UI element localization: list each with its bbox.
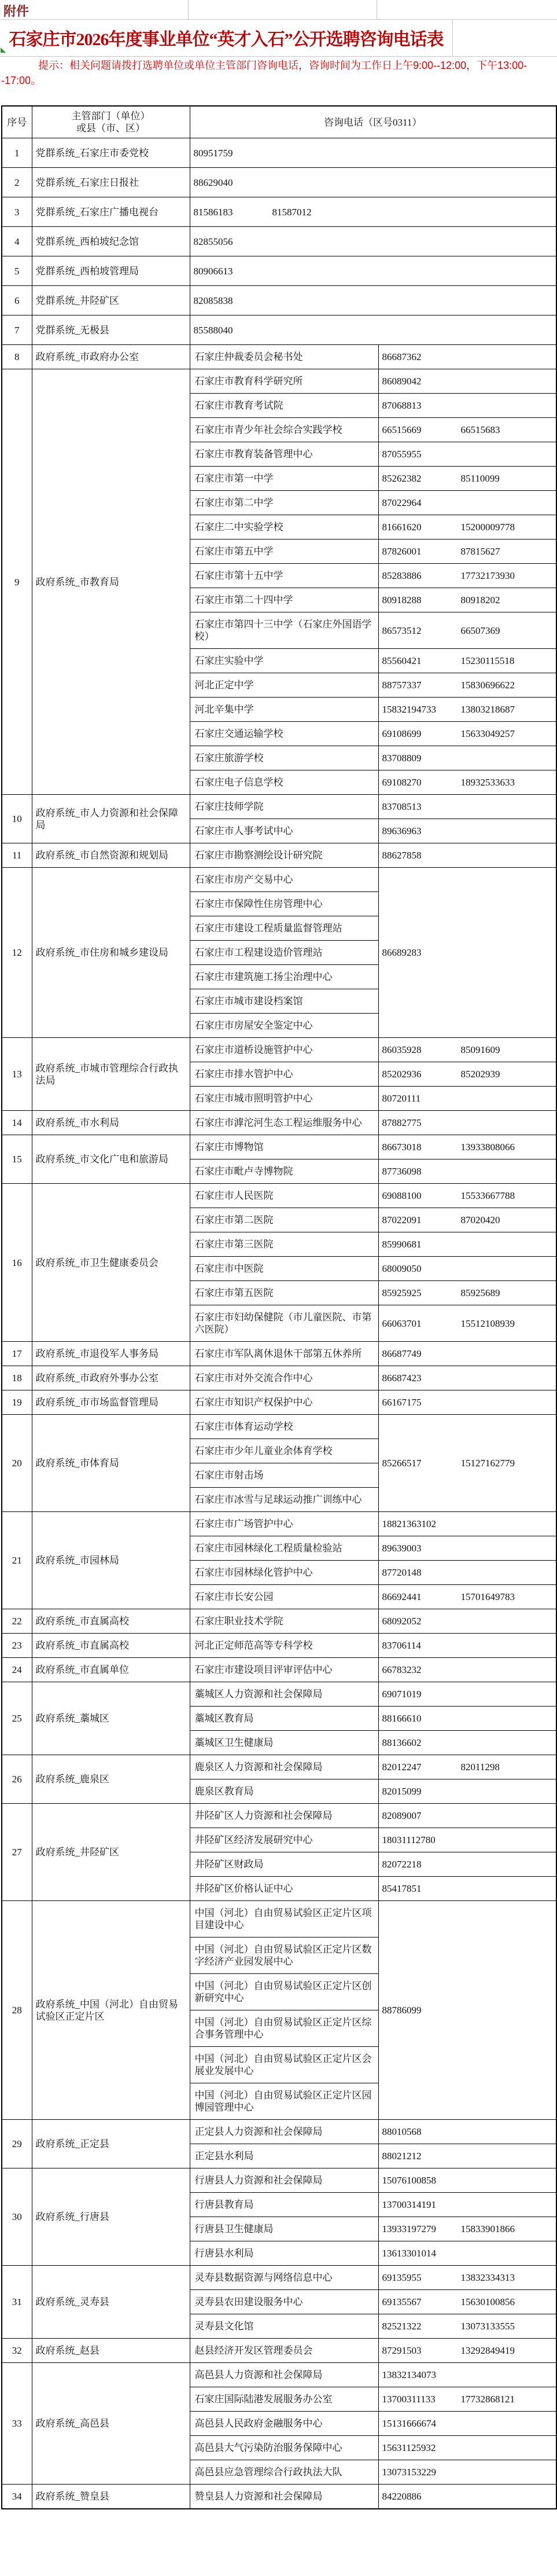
unit-cell: 石家庄市广场管护中心 bbox=[190, 1512, 378, 1536]
phone-cell: 87882775 bbox=[378, 1111, 556, 1135]
unit-cell: 石家庄市房产交易中心 bbox=[190, 868, 378, 892]
table-row: 20政府系统_市体育局石家庄市体育运动学校8526651715127162779 bbox=[2, 1415, 556, 1439]
phone-cell: 80906613 bbox=[190, 256, 556, 286]
phone-number: 87020420 bbox=[461, 1214, 540, 1226]
phone-number: 85560421 bbox=[382, 655, 461, 667]
unit-cell: 石家庄市教育装备管理中心 bbox=[190, 442, 378, 467]
phone-cell: 87736098 bbox=[378, 1159, 556, 1184]
phone-number: 15631125932 bbox=[382, 2442, 461, 2454]
table-row: 24政府系统_市直属单位石家庄市建设项目评审评估中心66783232 bbox=[2, 1658, 556, 1682]
unit-cell: 石家庄市勘察测绘设计研究院 bbox=[190, 843, 378, 868]
unit-cell: 高邑县大气污染防治服务保障中心 bbox=[190, 2436, 378, 2460]
phone-number: 83706114 bbox=[382, 1639, 461, 1652]
row-no-cell: 10 bbox=[2, 795, 32, 843]
phone-number: 15630100856 bbox=[461, 2296, 540, 2308]
row-no-cell: 20 bbox=[2, 1415, 32, 1512]
phone-number: 80951759 bbox=[194, 147, 272, 159]
row-no-cell: 30 bbox=[2, 2168, 32, 2266]
unit-cell: 石家庄市城市照明管护中心 bbox=[190, 1087, 378, 1111]
phone-number: 15533667788 bbox=[461, 1190, 540, 1202]
phone-number: 66507369 bbox=[461, 625, 540, 637]
document-header: 附件 石家庄市2026年度事业单位“英才入石”公开选聘咨询电话表 提示：相关问题… bbox=[0, 0, 557, 105]
phone-cell: 88136602 bbox=[378, 1731, 556, 1755]
phone-cell: 86687749 bbox=[378, 1342, 556, 1366]
phone-number: 88757337 bbox=[382, 679, 461, 691]
phone-number: 82012247 bbox=[382, 1761, 461, 1773]
phone-number: 85283886 bbox=[382, 570, 461, 582]
phone-number: 13933808066 bbox=[461, 1141, 540, 1153]
phone-number: 69135567 bbox=[382, 2296, 461, 2308]
unit-cell: 石家庄市第十五中学 bbox=[190, 564, 378, 588]
phone-cell: 8158618381587012 bbox=[190, 197, 556, 227]
phone-cell: 88166610 bbox=[378, 1707, 556, 1731]
unit-cell: 赞皇县人力资源和社会保障局 bbox=[190, 2485, 378, 2509]
phone-number: 13700314191 bbox=[382, 2199, 461, 2211]
phone-number: 87882775 bbox=[382, 1117, 461, 1129]
phone-cell: 18031112780 bbox=[378, 1828, 556, 1852]
phone-number: 13073153229 bbox=[382, 2466, 461, 2478]
phone-number: 13700311133 bbox=[382, 2393, 461, 2405]
phone-number: 82011298 bbox=[461, 1761, 540, 1773]
phone-number: 82521322 bbox=[382, 2320, 461, 2332]
row-no-cell: 6 bbox=[2, 286, 32, 315]
unit-cell: 石家庄市知识产权保护中心 bbox=[190, 1390, 378, 1415]
phone-cell: 84220886 bbox=[378, 2485, 556, 2509]
table-row: 28政府系统_中国（河北）自由贸易试验区正定片区中国（河北）自由贸易试验区正定片… bbox=[2, 1901, 556, 1937]
phone-number: 13803218687 bbox=[461, 703, 540, 715]
unit-cell: 石家庄市中医院 bbox=[190, 1257, 378, 1281]
row-no-cell: 33 bbox=[2, 2363, 32, 2485]
phone-cell: 66783232 bbox=[378, 1658, 556, 1682]
unit-cell: 中国（河北）自由贸易试验区正定片区综合事务管理中心 bbox=[190, 2010, 378, 2047]
phone-number: 86692441 bbox=[382, 1591, 461, 1603]
unit-cell: 中国（河北）自由贸易试验区正定片区会展业发展中心 bbox=[190, 2047, 378, 2083]
phone-number: 13613301014 bbox=[382, 2247, 461, 2259]
phone-number: 15131666674 bbox=[382, 2417, 461, 2430]
phone-number: 15512108939 bbox=[461, 1318, 540, 1330]
table-row: 10政府系统_市人力资源和社会保障局石家庄技师学院83708513 bbox=[2, 795, 556, 819]
dept-cell: 政府系统_市政府外事办公室 bbox=[32, 1366, 190, 1390]
table-row: 4党群系统_西柏坡纪念馆82855056 bbox=[2, 227, 556, 256]
table-row: 32政府系统_赵县赵县经济开发区管理委员会8729150313292849419 bbox=[2, 2339, 556, 2363]
phone-number: 89639003 bbox=[382, 1542, 461, 1554]
phone-number: 66515683 bbox=[461, 424, 540, 436]
row-no-cell: 32 bbox=[2, 2339, 32, 2363]
phone-number: 81661620 bbox=[382, 521, 461, 533]
phone-number: 18031112780 bbox=[382, 1834, 461, 1846]
dept-cell: 政府系统_市直属高校 bbox=[32, 1634, 190, 1658]
table-row: 8政府系统_市政府办公室石家庄仲裁委员会秘书处86687362 bbox=[2, 345, 556, 369]
phone-cell: 83708513 bbox=[378, 795, 556, 819]
phone-number: 83708809 bbox=[382, 752, 461, 764]
page-title: 石家庄市2026年度事业单位“英才入石”公开选聘咨询电话表 bbox=[9, 25, 444, 50]
phone-cell: 8702209187020420 bbox=[378, 1208, 556, 1232]
phone-cell: 8252132213073133555 bbox=[378, 2314, 556, 2339]
phone-number: 85266517 bbox=[382, 1457, 461, 1469]
row-no-cell: 23 bbox=[2, 1634, 32, 1658]
dept-cell: 政府系统_市园林局 bbox=[32, 1512, 190, 1609]
dept-cell: 政府系统_赵县 bbox=[32, 2339, 190, 2363]
phone-number: 85925925 bbox=[382, 1287, 461, 1299]
table-row: 30政府系统_行唐县行唐县人力资源和社会保障局15076100858 bbox=[2, 2168, 556, 2193]
phone-number: 80918288 bbox=[382, 594, 461, 606]
row-no-cell: 15 bbox=[2, 1135, 32, 1184]
row-no-cell: 2 bbox=[2, 168, 32, 197]
row-no-cell: 8 bbox=[2, 345, 32, 369]
unit-cell: 正定县人力资源和社会保障局 bbox=[190, 2120, 378, 2144]
unit-cell: 石家庄仲裁委员会秘书处 bbox=[190, 345, 378, 369]
phone-cell: 88629040 bbox=[190, 168, 556, 197]
phone-cell: 87720148 bbox=[378, 1561, 556, 1585]
phone-cell: 83706114 bbox=[378, 1634, 556, 1658]
unit-cell: 河北辛集中学 bbox=[190, 698, 378, 722]
phone-cell: 1583219473313803218687 bbox=[378, 698, 556, 722]
row-no-cell: 4 bbox=[2, 227, 32, 256]
phone-number: 86687423 bbox=[382, 1372, 461, 1384]
phone-cell: 8729150313292849419 bbox=[378, 2339, 556, 2363]
phone-number: 85588040 bbox=[194, 324, 272, 336]
unit-cell: 石家庄市城市建设档案馆 bbox=[190, 989, 378, 1014]
row-no-cell: 22 bbox=[2, 1609, 32, 1634]
dept-cell: 政府系统_市政府办公室 bbox=[32, 345, 190, 369]
row-no-cell: 9 bbox=[2, 369, 32, 795]
dept-cell: 党群系统_石家庄市委党校 bbox=[32, 138, 190, 168]
row-no-cell: 11 bbox=[2, 843, 32, 868]
row-no-cell: 13 bbox=[2, 1038, 32, 1111]
phone-cell: 83708809 bbox=[378, 746, 556, 770]
row-no-cell: 29 bbox=[2, 2120, 32, 2168]
unit-cell: 中国（河北）自由贸易试验区正定片区数字经济产业园发展中心 bbox=[190, 1937, 378, 1974]
unit-cell: 井陉矿区财政局 bbox=[190, 1852, 378, 1877]
phone-number: 15127162779 bbox=[461, 1457, 540, 1469]
table-row: 23政府系统_市直属高校河北正定师范高等专科学校83706114 bbox=[2, 1634, 556, 1658]
unit-cell: 石家庄市工程建设造价管理站 bbox=[190, 941, 378, 965]
unit-cell: 藁城区教育局 bbox=[190, 1707, 378, 1731]
unit-cell: 石家庄市保障性住房管理中心 bbox=[190, 892, 378, 916]
dept-cell: 政府系统_行唐县 bbox=[32, 2168, 190, 2266]
phone-number: 87720148 bbox=[382, 1566, 461, 1579]
dept-cell: 政府系统_灵寿县 bbox=[32, 2266, 190, 2339]
unit-cell: 石家庄市体育运动学校 bbox=[190, 1415, 378, 1439]
phone-number: 85262382 bbox=[382, 472, 461, 485]
phone-number: 69108270 bbox=[382, 776, 461, 788]
phone-cell: 82015099 bbox=[378, 1779, 556, 1804]
table-row: 2党群系统_石家庄日报社88629040 bbox=[2, 168, 556, 197]
unit-cell: 石家庄市博物馆 bbox=[190, 1135, 378, 1159]
dept-cell: 政府系统_藁城区 bbox=[32, 1682, 190, 1755]
table-row: 6党群系统_井陉矿区82085838 bbox=[2, 286, 556, 315]
unit-cell: 石家庄市房屋安全鉴定中心 bbox=[190, 1014, 378, 1038]
phone-cell: 82085838 bbox=[190, 286, 556, 315]
unit-cell: 石家庄市教育科学研究所 bbox=[190, 369, 378, 394]
unit-cell: 灵寿县文化馆 bbox=[190, 2314, 378, 2339]
phone-number: 85925689 bbox=[461, 1287, 540, 1299]
phone-number: 88786099 bbox=[382, 2004, 461, 2016]
phone-number: 13832334313 bbox=[461, 2272, 540, 2284]
phone-number: 15230115518 bbox=[461, 655, 540, 667]
phone-number: 15076100858 bbox=[382, 2174, 461, 2186]
phone-cell: 80951759 bbox=[190, 138, 556, 168]
phone-cell-merged: 86689283 bbox=[378, 868, 556, 1038]
unit-cell: 灵寿县农田建设服务中心 bbox=[190, 2290, 378, 2314]
dept-cell: 政府系统_正定县 bbox=[32, 2120, 190, 2168]
unit-cell: 井陉矿区价格认证中心 bbox=[190, 1877, 378, 1901]
phone-number: 82015099 bbox=[382, 1785, 461, 1797]
unit-cell: 石家庄市第四十三中学（石家庄外国语学校） bbox=[190, 612, 378, 649]
phone-cell: 13073153229 bbox=[378, 2460, 556, 2485]
phone-cell: 15131666674 bbox=[378, 2412, 556, 2436]
phone-number: 88627858 bbox=[382, 849, 461, 861]
row-no-cell: 14 bbox=[2, 1111, 32, 1135]
unit-cell: 石家庄市少年儿童业余体育学校 bbox=[190, 1439, 378, 1463]
phone-cell: 89639003 bbox=[378, 1536, 556, 1561]
phone-number: 82072218 bbox=[382, 1858, 461, 1870]
green-marker-icon bbox=[1, 47, 6, 53]
table-row: 34政府系统_赞皇县赞皇县人力资源和社会保障局84220886 bbox=[2, 2485, 556, 2509]
dept-cell: 政府系统_中国（河北）自由贸易试验区正定片区 bbox=[32, 1901, 190, 2120]
phone-cell: 6910869915633049257 bbox=[378, 722, 556, 746]
phone-cell: 88021212 bbox=[378, 2144, 556, 2168]
phone-cell: 15076100858 bbox=[378, 2168, 556, 2193]
unit-cell: 高邑县人民政府金融服务中心 bbox=[190, 2412, 378, 2436]
table-row: 18政府系统_市政府外事办公室石家庄市对外交流合作中心86687423 bbox=[2, 1366, 556, 1390]
gridline-vertical bbox=[377, 0, 377, 19]
phone-number: 66063701 bbox=[382, 1318, 461, 1330]
phone-number: 86687362 bbox=[382, 351, 461, 363]
phone-cell: 13700314191 bbox=[378, 2193, 556, 2217]
dept-cell: 政府系统_市卫生健康委员会 bbox=[32, 1184, 190, 1342]
phone-number: 82089007 bbox=[382, 1810, 461, 1822]
phone-cell: 6908810015533667788 bbox=[378, 1184, 556, 1208]
phone-number: 82855056 bbox=[194, 236, 272, 248]
phone-number: 87826001 bbox=[382, 545, 461, 557]
phone-cell: 8528388617732173930 bbox=[378, 564, 556, 588]
row-no-cell: 27 bbox=[2, 1804, 32, 1901]
unit-cell: 藁城区人力资源和社会保障局 bbox=[190, 1682, 378, 1707]
phone-cell: 8091828880918202 bbox=[378, 588, 556, 612]
unit-cell: 石家庄市第二医院 bbox=[190, 1208, 378, 1232]
unit-cell: 石家庄市滹沱河生态工程运维服务中心 bbox=[190, 1111, 378, 1135]
phone-number: 87055955 bbox=[382, 448, 461, 460]
row-no-cell: 26 bbox=[2, 1755, 32, 1804]
phone-number: 15200009778 bbox=[461, 521, 540, 533]
unit-cell: 石家庄市长安公园 bbox=[190, 1585, 378, 1609]
phone-cell: 86687362 bbox=[378, 345, 556, 369]
dept-cell: 政府系统_市教育局 bbox=[32, 369, 190, 795]
unit-cell: 石家庄市道桥设施管护中心 bbox=[190, 1038, 378, 1062]
phone-cell: 8669244115701649783 bbox=[378, 1585, 556, 1609]
phone-cell: 8526238285110099 bbox=[378, 467, 556, 491]
dept-cell: 政府系统_市自然资源和规划局 bbox=[32, 843, 190, 868]
table-row: 25政府系统_藁城区藁城区人力资源和社会保障局69071019 bbox=[2, 1682, 556, 1707]
phone-number: 89636963 bbox=[382, 825, 461, 837]
phone-number: 66783232 bbox=[382, 1664, 461, 1676]
table-row: 12政府系统_市住房和城乡建设局石家庄市房产交易中心86689283 bbox=[2, 868, 556, 892]
phone-cell: 69071019 bbox=[378, 1682, 556, 1707]
phone-cell: 88010568 bbox=[378, 2120, 556, 2144]
unit-cell: 石家庄市建设工程质量监督管理站 bbox=[190, 916, 378, 941]
phone-number: 68009050 bbox=[382, 1263, 461, 1275]
row-no-cell: 7 bbox=[2, 315, 32, 345]
unit-cell: 石家庄市冰雪与足球运动推广训练中心 bbox=[190, 1488, 378, 1512]
row-no-cell: 17 bbox=[2, 1342, 32, 1366]
phone-number: 83708513 bbox=[382, 801, 461, 813]
col-dept-header: 主管部门（单位） 或县（市、区） bbox=[32, 106, 190, 138]
phone-number: 85110099 bbox=[461, 472, 540, 485]
phone-number: 87022964 bbox=[382, 497, 461, 509]
unit-cell: 石家庄市射击场 bbox=[190, 1463, 378, 1488]
phone-cell: 85417851 bbox=[378, 1877, 556, 1901]
phone-cell: 6913595513832334313 bbox=[378, 2266, 556, 2290]
row-no-cell: 19 bbox=[2, 1390, 32, 1415]
phone-cell: 8520293685202939 bbox=[378, 1062, 556, 1087]
unit-cell: 石家庄市青少年社会综合实践学校 bbox=[190, 418, 378, 442]
unit-cell: 中国（河北）自由贸易试验区正定片区园博园管理中心 bbox=[190, 2083, 378, 2120]
unit-cell: 石家庄电子信息学校 bbox=[190, 770, 378, 795]
gridline-vertical bbox=[452, 19, 453, 56]
dept-cell: 政府系统_市住房和城乡建设局 bbox=[32, 868, 190, 1038]
phone-table-body: 1党群系统_石家庄市委党校809517592党群系统_石家庄日报社8862904… bbox=[2, 138, 556, 2509]
unit-cell: 石家庄市妇幼保健院（市儿童医院、市第六医院） bbox=[190, 1305, 378, 1342]
phone-number: 84220886 bbox=[382, 2490, 461, 2502]
unit-cell: 石家庄市排水管护中心 bbox=[190, 1062, 378, 1087]
phone-cell: 8592592585925689 bbox=[378, 1281, 556, 1305]
unit-cell: 石家庄市教育考试院 bbox=[190, 394, 378, 418]
unit-cell: 行唐县卫生健康局 bbox=[190, 2217, 378, 2241]
table-row: 27政府系统_井陉矿区井陉矿区人力资源和社会保障局82089007 bbox=[2, 1804, 556, 1828]
phone-number: 13832134073 bbox=[382, 2369, 461, 2381]
row-no-cell: 34 bbox=[2, 2485, 32, 2509]
unit-cell: 石家庄市第五中学 bbox=[190, 540, 378, 564]
phone-number: 13933197279 bbox=[382, 2223, 461, 2235]
document-sheet: 附件 石家庄市2026年度事业单位“英才入石”公开选聘咨询电话表 提示：相关问题… bbox=[0, 0, 557, 2509]
dept-cell: 党群系统_西柏坡管理局 bbox=[32, 256, 190, 286]
unit-cell: 石家庄国际陆港发展服务办公室 bbox=[190, 2387, 378, 2412]
phone-number: 18932533633 bbox=[461, 776, 540, 788]
phone-number: 68092052 bbox=[382, 1615, 461, 1627]
table-row: 19政府系统_市市场监督管理局石家庄市知识产权保护中心66167175 bbox=[2, 1390, 556, 1415]
phone-cell: 1370031113317732868121 bbox=[378, 2387, 556, 2412]
phone-number: 87815627 bbox=[461, 545, 540, 557]
table-row: 13政府系统_市城市管理综合行政执法局石家庄市道桥设施管护中心860359288… bbox=[2, 1038, 556, 1062]
phone-cell: 6910827018932533633 bbox=[378, 770, 556, 795]
phone-number: 87068813 bbox=[382, 399, 461, 412]
phone-cell: 68009050 bbox=[378, 1257, 556, 1281]
phone-number: 87022091 bbox=[382, 1214, 461, 1226]
phone-cell: 1393319727915833901866 bbox=[378, 2217, 556, 2241]
unit-cell: 石家庄二中实验学校 bbox=[190, 515, 378, 540]
phone-cell: 8657351266507369 bbox=[378, 612, 556, 649]
phone-number: 15830696622 bbox=[461, 679, 540, 691]
phone-number: 15832194733 bbox=[382, 703, 461, 715]
unit-cell: 藁城区卫生健康局 bbox=[190, 1731, 378, 1755]
phone-number: 87736098 bbox=[382, 1165, 461, 1177]
table-row: 3党群系统_石家庄广播电视台8158618381587012 bbox=[2, 197, 556, 227]
unit-cell: 石家庄市园林绿化管护中心 bbox=[190, 1561, 378, 1585]
phone-number: 86673018 bbox=[382, 1141, 461, 1153]
phone-number: 69071019 bbox=[382, 1688, 461, 1700]
phone-cell: 82089007 bbox=[378, 1804, 556, 1828]
phone-number: 85990681 bbox=[382, 1238, 461, 1250]
phone-number: 81586183 bbox=[194, 206, 272, 218]
phone-cell: 13613301014 bbox=[378, 2241, 556, 2266]
unit-cell: 石家庄市园林绿化工程质量检验站 bbox=[190, 1536, 378, 1561]
phone-number: 86089042 bbox=[382, 375, 461, 387]
phone-number: 15833901866 bbox=[461, 2223, 540, 2235]
dept-cell: 政府系统_赞皇县 bbox=[32, 2485, 190, 2509]
unit-cell: 鹿泉区人力资源和社会保障局 bbox=[190, 1755, 378, 1779]
col-dept-header-line1: 主管部门（单位） bbox=[35, 110, 187, 122]
phone-cell: 8667301813933808066 bbox=[378, 1135, 556, 1159]
page-title-wrap: 石家庄市2026年度事业单位“英才入石”公开选聘咨询电话表 bbox=[0, 21, 452, 54]
phone-number: 88629040 bbox=[194, 177, 272, 189]
dept-cell: 党群系统_无极县 bbox=[32, 315, 190, 345]
phone-cell: 6651566966515683 bbox=[378, 418, 556, 442]
col-phone-header: 咨询电话（区号0311） bbox=[190, 106, 556, 138]
dept-cell: 政府系统_市人力资源和社会保障局 bbox=[32, 795, 190, 843]
row-no-cell: 16 bbox=[2, 1184, 32, 1342]
phone-number: 85417851 bbox=[382, 1883, 461, 1895]
gridline-horizontal bbox=[0, 19, 557, 20]
phone-number: 80918202 bbox=[461, 594, 540, 606]
phone-cell: 89636963 bbox=[378, 819, 556, 843]
dept-cell: 政府系统_鹿泉区 bbox=[32, 1755, 190, 1804]
phone-cell-merged: 88786099 bbox=[378, 1901, 556, 2120]
phone-number: 86035928 bbox=[382, 1044, 461, 1056]
unit-cell: 石家庄市军队离休退休干部第五休养所 bbox=[190, 1342, 378, 1366]
table-row: 11政府系统_市自然资源和规划局石家庄市勘察测绘设计研究院88627858 bbox=[2, 843, 556, 868]
row-no-cell: 1 bbox=[2, 138, 32, 168]
phone-cell: 85990681 bbox=[378, 1232, 556, 1257]
unit-cell: 石家庄市第二中学 bbox=[190, 491, 378, 515]
table-row: 26政府系统_鹿泉区鹿泉区人力资源和社会保障局8201224782011298 bbox=[2, 1755, 556, 1779]
phone-number: 85202939 bbox=[461, 1068, 540, 1080]
phone-cell: 8875733715830696622 bbox=[378, 673, 556, 698]
unit-cell: 石家庄市第一中学 bbox=[190, 467, 378, 491]
phone-number: 88136602 bbox=[382, 1737, 461, 1749]
row-no-cell: 3 bbox=[2, 197, 32, 227]
phone-cell: 6913556715630100856 bbox=[378, 2290, 556, 2314]
phone-number: 86689283 bbox=[382, 946, 461, 959]
table-row: 1党群系统_石家庄市委党校80951759 bbox=[2, 138, 556, 168]
dept-cell: 党群系统_石家庄广播电视台 bbox=[32, 197, 190, 227]
phone-number: 66167175 bbox=[382, 1396, 461, 1408]
phone-number: 69135955 bbox=[382, 2272, 461, 2284]
notice-text: 提示：相关问题请拨打选聘单位或单位主管部门咨询电话，咨询时间为工作日上午9:00… bbox=[1, 58, 545, 88]
unit-cell: 石家庄市第三医院 bbox=[190, 1232, 378, 1257]
col-no-header: 序号 bbox=[2, 106, 32, 138]
dept-cell: 政府系统_市市场监督管理局 bbox=[32, 1390, 190, 1415]
unit-cell: 石家庄市人民医院 bbox=[190, 1184, 378, 1208]
phone-table: 序号 主管部门（单位） 或县（市、区） 咨询电话（区号0311） 1党群系统_石… bbox=[1, 105, 557, 2509]
phone-number: 80906613 bbox=[194, 265, 272, 277]
row-no-cell: 21 bbox=[2, 1512, 32, 1609]
table-row: 17政府系统_市退役军人事务局石家庄市军队离休退休干部第五休养所86687749 bbox=[2, 1342, 556, 1366]
unit-cell: 鹿泉区教育局 bbox=[190, 1779, 378, 1804]
phone-cell: 8201224782011298 bbox=[378, 1755, 556, 1779]
dept-cell: 政府系统_市城市管理综合行政执法局 bbox=[32, 1038, 190, 1111]
table-row: 33政府系统_高邑县高邑县人力资源和社会保障局13832134073 bbox=[2, 2363, 556, 2387]
phone-number: 87291503 bbox=[382, 2344, 461, 2357]
phone-cell: 87055955 bbox=[378, 442, 556, 467]
unit-cell: 石家庄市建筑施工扬尘治理中心 bbox=[190, 965, 378, 989]
table-row: 14政府系统_市水利局石家庄市滹沱河生态工程运维服务中心87882775 bbox=[2, 1111, 556, 1135]
phone-cell: 8603592885091609 bbox=[378, 1038, 556, 1062]
unit-cell: 石家庄实验中学 bbox=[190, 649, 378, 673]
phone-number: 86687749 bbox=[382, 1348, 461, 1360]
phone-cell: 66167175 bbox=[378, 1390, 556, 1415]
unit-cell: 行唐县水利局 bbox=[190, 2241, 378, 2266]
